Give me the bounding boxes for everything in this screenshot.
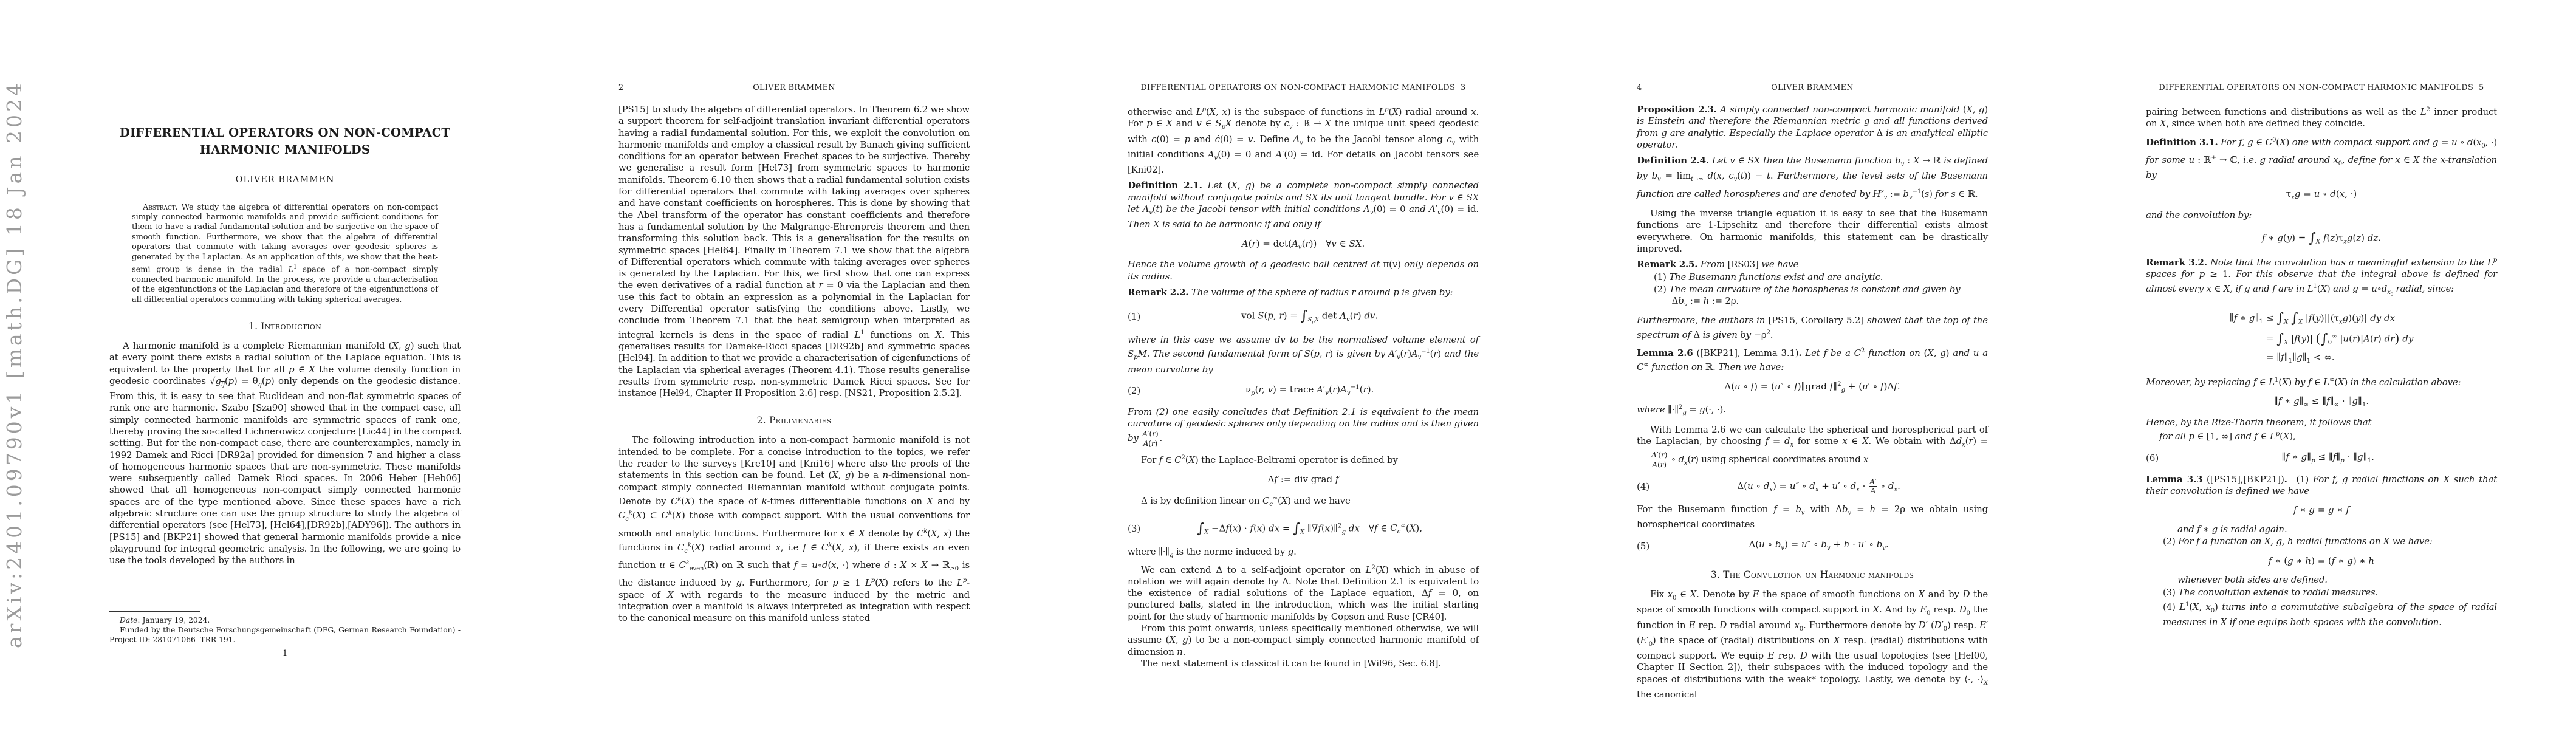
equation-body: Δ(u ∘ dx) = u″ ∘ dx + u′ ∘ dx · A′A ∘ dx… xyxy=(1649,477,1988,496)
footnote-rule xyxy=(109,611,200,612)
numbered-equation: (5)Δ(u ∘ bv) = u″ ∘ bv + h · u′ ∘ bv. xyxy=(1637,538,1988,553)
list-item: (2) The mean curvature of the horosphere… xyxy=(1654,284,1988,311)
paragraph: From this point onwards, unless specific… xyxy=(1128,623,1479,658)
page-3: DIFFERENTIAL OPERATORS ON NON-COMPACT HA… xyxy=(1049,0,1558,729)
equation-body: ∫X −Δf(x) · f(x) dx = ∫X ∥∇f(x)∥2g dx ∀f… xyxy=(1140,519,1479,539)
page-header: 2OLIVER BRAMMEN xyxy=(618,83,970,94)
section-heading: 3. The Convulotion on Harmonic manifolds xyxy=(1637,569,1988,580)
paragraph: Δ is by definition linear on Cc∞(X) and … xyxy=(1128,493,1479,510)
aligned-math: ∥f ∗ g∥1≤ ∫X ∫X |f(y)||(τxg)(y)| dy dx= … xyxy=(2230,308,2414,367)
pages: Date: January 19, 2024.Funded by the Deu… xyxy=(30,0,2576,729)
paragraph: Definition 3.1. For f, g ∈ C0(X) one wit… xyxy=(2146,134,2497,182)
document-canvas: arXiv:2401.09790v1 [math.DG] 18 Jan 2024… xyxy=(0,0,2576,729)
equation-number: (4) xyxy=(1637,481,1649,492)
aligned-math-row: = ∫X |f(y)| (∫0∞ |u(r)|A(r) dr) dy xyxy=(2230,329,2414,349)
numbered-equation: (6)∥f ∗ g∥p ≤ ∥f∥p · ∥g∥1. xyxy=(2146,451,2497,466)
paragraph: [PS15] to study the algebra of different… xyxy=(618,104,970,399)
page-number-top: 4 xyxy=(1637,83,1642,92)
paragraph: We can extend Δ to a self-adjoint operat… xyxy=(1128,562,1479,623)
numbered-equation: (3)∫X −Δf(x) · f(x) dx = ∫X ∥∇f(x)∥2g dx… xyxy=(1128,519,1479,539)
aligned-lhs: ∥f ∗ g∥1 xyxy=(2230,308,2263,329)
paragraph: where ∥·∥g is the norme induced by g. xyxy=(1128,546,1479,561)
page-5: DIFFERENTIAL OPERATORS ON NON-COMPACT HA… xyxy=(2067,0,2576,729)
paragraph: With Lemma 2.6 we can calculate the sphe… xyxy=(1637,424,1988,470)
paragraph: otherwise and Lp(X, x) is the subspace o… xyxy=(1128,104,1479,176)
equation-body: vol S(p, r) = ∫SpX det Av(r) dv. xyxy=(1140,306,1479,326)
page-header: DIFFERENTIAL OPERATORS ON NON-COMPACT HA… xyxy=(2146,83,2497,94)
running-head: OLIVER BRAMMEN xyxy=(1771,83,1854,92)
arxiv-watermark: arXiv:2401.09790v1 [math.DG] 18 Jan 2024 xyxy=(2,27,26,702)
equation-number: (5) xyxy=(1637,541,1649,552)
paragraph: Moreover, by replacing f ∈ L1(X) by f ∈ … xyxy=(2146,374,2497,388)
paragraph: The following introduction into a non-co… xyxy=(618,434,970,624)
numbered-equation: (2)νp(r, v) = trace A′v(r)Av−1(r). xyxy=(1128,383,1479,399)
paragraph: For f ∈ C2(X) the Laplace-Beltrami opera… xyxy=(1128,452,1479,466)
paragraph: From (2) one easily concludes that Defin… xyxy=(1128,406,1479,448)
aligned-lhs xyxy=(2230,329,2263,349)
running-head: DIFFERENTIAL OPERATORS ON NON-COMPACT HA… xyxy=(1140,83,1455,92)
aligned-math-row: ∥f ∗ g∥1≤ ∫X ∫X |f(y)||(τxg)(y)| dy dx xyxy=(2230,308,2414,329)
aligned-math-row: = ∥f∥1∥g∥1 < ∞. xyxy=(2230,349,2414,367)
paragraph: and the convolution by: xyxy=(2146,210,2497,221)
paragraph: Lemma 2.6 ([BKP21], Lemma 3.1). Let f be… xyxy=(1637,345,1988,374)
display-math: A(r) = det(Av(r)) ∀v ∈ SX. xyxy=(1128,238,1479,253)
page-body: DIFFERENTIAL OPERATORS ON NON-COMPACTHAR… xyxy=(109,125,461,567)
page-2: 2OLIVER BRAMMEN[PS15] to study the algeb… xyxy=(540,0,1049,729)
list-item-continuation: whenever both sides are defined. xyxy=(2177,574,2497,586)
display-math: f ∗ g = g ∗ f xyxy=(2146,504,2497,517)
paragraph: Proposition 2.3. A simply connected non-… xyxy=(1637,104,1988,151)
equation-number: (2) xyxy=(1128,385,1140,396)
running-head: DIFFERENTIAL OPERATORS ON NON-COMPACT HA… xyxy=(2159,83,2473,92)
paragraph: where ∥·∥2g = g(·, ·). xyxy=(1637,402,1988,419)
aligned-rhs: ≤ ∫X ∫X |f(y)||(τxg)(y)| dy dx xyxy=(2263,308,2413,329)
page-body: pairing between functions and distributi… xyxy=(2146,104,2497,628)
running-head: OLIVER BRAMMEN xyxy=(753,83,835,92)
section-heading: 2. Prilimenaries xyxy=(618,415,970,426)
paragraph: Hence, by the Rize-Thorin theorem, it fo… xyxy=(2146,417,2497,443)
list-item: (4) L1(X, x0) turns into a commutative s… xyxy=(2163,599,2497,629)
display-math: Δ(u ∘ f) = (u″ ∘ f)∥grad f∥2g + (u′ ∘ f)… xyxy=(1637,380,1988,395)
equation-number: (3) xyxy=(1128,523,1140,534)
equation-body: νp(r, v) = trace A′v(r)Av−1(r). xyxy=(1140,383,1479,399)
page-body: [PS15] to study the algebra of different… xyxy=(618,104,970,625)
paragraph: Remark 2.2. The volume of the sphere of … xyxy=(1128,287,1479,298)
paragraph: Lemma 3.3 ([PS15],[BKP21]). (1) For f, g… xyxy=(2146,474,2497,498)
paragraph: Fix x0 ∈ X. Denote by E the space of smo… xyxy=(1637,589,1988,700)
abstract: Abstract. We study the algebra of differ… xyxy=(132,203,438,305)
aligned-rhs: = ∫X |f(y)| (∫0∞ |u(r)|A(r) dr) dy xyxy=(2263,329,2413,349)
page-number-top: 3 xyxy=(1461,83,1465,92)
paragraph: where in this case we assume dv to be th… xyxy=(1128,334,1479,375)
display-math: ∥f ∗ g∥∞ ≤ ∥f∥∞ · ∥g∥1. xyxy=(2146,395,2497,410)
paper-author: OLIVER BRAMMEN xyxy=(109,175,461,185)
display-math: τxg = u ∘ d(x, ·) xyxy=(2146,188,2497,203)
list-item-continuation: and f ∗ g is radial again. xyxy=(2177,524,2497,535)
paper-title: DIFFERENTIAL OPERATORS ON NON-COMPACTHAR… xyxy=(109,125,461,159)
footnote-block: Date: January 19, 2024.Funded by the Deu… xyxy=(109,611,461,645)
display-math: f ∗ (g ∗ h) = (f ∗ g) ∗ h xyxy=(2146,555,2497,568)
equation-number: (1) xyxy=(1128,311,1140,322)
paragraph: For the Busemann function f = bv with Δb… xyxy=(1637,504,1988,531)
footnote-line: Date: January 19, 2024. xyxy=(109,616,461,626)
paragraph: Using the inverse triangle equation it i… xyxy=(1637,208,1988,255)
paragraph: pairing between functions and distributi… xyxy=(2146,104,2497,130)
aligned-lhs xyxy=(2230,349,2263,367)
equation-body: ∥f ∗ g∥p ≤ ∥f∥p · ∥g∥1. xyxy=(2159,451,2497,466)
paragraph: Definition 2.4. Let v ∈ SX then the Buse… xyxy=(1637,155,1988,204)
paragraph: A harmonic manifold is a complete Rieman… xyxy=(109,340,461,567)
equation-body: Δ(u ∘ bv) = u″ ∘ bv + h · u′ ∘ bv. xyxy=(1649,538,1988,553)
paragraph: Remark 2.5. From [RS03] we have xyxy=(1637,259,1988,270)
page-body: otherwise and Lp(X, x) is the subspace o… xyxy=(1128,104,1479,669)
page-header: 4OLIVER BRAMMEN xyxy=(1637,83,1988,94)
paragraph: The next statement is classical it can b… xyxy=(1128,658,1479,669)
footnote-line: Funded by the Deutsche Forschungsgemeins… xyxy=(109,626,461,645)
equation-number: (6) xyxy=(2146,453,2159,464)
display-math: Δf := div grad f xyxy=(1128,473,1479,487)
list-item: (1) The Busemann functions exist and are… xyxy=(1654,272,1988,283)
page-number-top: 5 xyxy=(2479,83,2484,92)
page-body: Proposition 2.3. A simply connected non-… xyxy=(1637,104,1988,700)
list-item: (2) For f a function on X, g, h radial f… xyxy=(2163,536,2497,547)
section-heading: 1. Introduction xyxy=(109,321,461,332)
page-1: Date: January 19, 2024.Funded by the Deu… xyxy=(30,0,540,729)
paragraph: Definition 2.1. Let (X, g) be a complete… xyxy=(1128,180,1479,230)
page-4: 4OLIVER BRAMMENProposition 2.3. A simply… xyxy=(1558,0,2067,729)
numbered-equation: (1)vol S(p, r) = ∫SpX det Av(r) dv. xyxy=(1128,306,1479,326)
aligned-rhs: = ∥f∥1∥g∥1 < ∞. xyxy=(2263,349,2413,367)
paragraph: Remark 3.2. Note that the convolution ha… xyxy=(2146,255,2497,301)
display-math: f ∗ g(y) = ∫X f(z)τzg(z) dz. xyxy=(2146,228,2497,248)
paragraph: Hence the volume growth of a geodesic ba… xyxy=(1128,259,1479,282)
page-header: DIFFERENTIAL OPERATORS ON NON-COMPACT HA… xyxy=(1128,83,1479,94)
page-number-top: 2 xyxy=(618,83,623,92)
list-item: (3) The convolution extends to radial me… xyxy=(2163,587,2497,598)
page-number-bottom: 1 xyxy=(30,649,540,659)
paragraph: Furthermore, the authors in [PS15, Corol… xyxy=(1637,315,1988,341)
numbered-equation: (4)Δ(u ∘ dx) = u″ ∘ dx + u′ ∘ dx · A′A ∘… xyxy=(1637,477,1988,496)
